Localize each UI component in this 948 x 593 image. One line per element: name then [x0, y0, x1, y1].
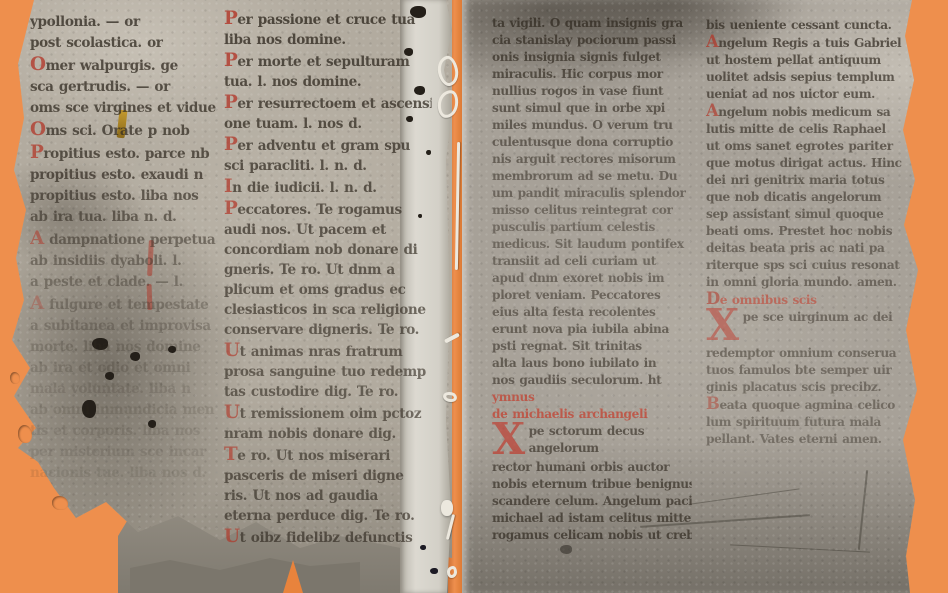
- manuscript-text-line: ypollonia. — or: [30, 12, 216, 33]
- right-page-column-2: bis ueniente cessant cuncta.Angelum Regi…: [706, 16, 918, 447]
- manuscript-text-line: oms sce virgines et vidue: [30, 98, 216, 119]
- manuscript-text-line: ab insidiis dyaboli. l.: [30, 251, 216, 272]
- manuscript-text-line: misso celitus reintegrat cor: [492, 201, 692, 218]
- manuscript-text-line: que nob dicatis angelorum: [706, 188, 912, 205]
- manuscript-text-line: a subitanea et improvisa: [30, 316, 216, 337]
- left-page-column-1: ypollonia. — orpost scolastica. orOmer w…: [30, 12, 222, 484]
- manuscript-text-line: lutis mitte de celis Raphael: [706, 120, 912, 137]
- manuscript-text-line: redemptor omnium conserua: [706, 344, 912, 361]
- ink-blot: [430, 568, 438, 574]
- manuscript-text-line: nullius rogos in vase fiunt: [492, 82, 692, 99]
- parchment-hole: [10, 372, 20, 384]
- manuscript-text-line: uolitet adsis sepius templum: [706, 68, 912, 85]
- manuscript-text-line: Propitius esto. parce nb: [30, 142, 216, 165]
- manuscript-text-line: liba nos domine.: [224, 30, 432, 50]
- manuscript-text-line: ut oms sanet egrotes pariter: [706, 137, 912, 154]
- manuscript-text-line: ab omni inmundicia men: [30, 400, 216, 421]
- manuscript-text-line: Ut animas nras fratrum: [224, 340, 432, 362]
- manuscript-text-line: ginis placatus scis precibz.: [706, 378, 912, 395]
- manuscript-text-line: Xpe sce uirginum ac dei: [706, 308, 912, 344]
- manuscript-text-line: prosa sanguine tuo redemp: [224, 362, 432, 382]
- manuscript-text-line: gneris. Te ro. Ut dnm a: [224, 260, 432, 280]
- manuscript-text-line: eius alta festa recolentes: [492, 303, 692, 320]
- manuscript-text-line: apud dnm exoret nobis im: [492, 269, 692, 286]
- manuscript-text-line: In die iudicii. l. n. d.: [224, 176, 432, 198]
- manuscript-text-line: Per adventu et gram spu: [224, 134, 432, 156]
- manuscript-text-line: Per passione et cruce tua: [224, 8, 432, 30]
- manuscript-text-line: deitas beata pris ac nati pa: [706, 239, 912, 256]
- manuscript-text-line: membrorum ad se metu. Du: [492, 167, 692, 184]
- manuscript-text-line: lum spirituum futura mala: [706, 413, 912, 430]
- manuscript-text-line: transiit ad celi curiam ut: [492, 252, 692, 269]
- manuscript-text-line: psti regnat. Sit trinitas: [492, 337, 692, 354]
- manuscript-text-line: Per morte et sepulturam: [224, 50, 432, 72]
- manuscript-text-line: miraculis. Hic corpus mor: [492, 65, 692, 82]
- manuscript-text-line: ta vigili. O quam insignis gra: [492, 14, 692, 31]
- manuscript-text-line: pusculis partium celestis: [492, 218, 692, 235]
- manuscript-text-line: um pandit miraculis splendor: [492, 184, 692, 201]
- manuscript-text-line: nos gaudiis seculorum. ht: [492, 371, 692, 388]
- manuscript-text-line: sca gertrudis. — or: [30, 77, 216, 98]
- manuscript-text-line: tua. l. nos domine.: [224, 72, 432, 92]
- manuscript-text-line: ris. Ut nos ad gaudia: [224, 486, 432, 506]
- manuscript-text-line: michael ad istam celitus mitte: [492, 509, 692, 526]
- manuscript-text-line: ploret veniam. Peccatores: [492, 286, 692, 303]
- manuscript-text-line: miles mundus. O verum tru: [492, 116, 692, 133]
- parchment-hole: [52, 496, 68, 510]
- manuscript-text-line: per misterium sce incar: [30, 442, 216, 463]
- manuscript-text-line: ab ira et odio et omni: [30, 358, 216, 379]
- manuscript-text-line: alta laus bono iubilato in: [492, 354, 692, 371]
- manuscript-photo: ypollonia. — orpost scolastica. orOmer w…: [0, 0, 948, 593]
- manuscript-text-line: Peccatores. Te rogamus: [224, 198, 432, 220]
- manuscript-text-line: cia stanislay pociorum passi: [492, 31, 692, 48]
- manuscript-text-line: morte. liba nos domine: [30, 337, 216, 358]
- manuscript-text-line: a peste et clade. — l.: [30, 272, 216, 293]
- manuscript-text-line: bis ueniente cessant cuncta.: [706, 16, 912, 33]
- manuscript-text-line: tas custodire dig. Te ro.: [224, 382, 432, 402]
- manuscript-text-line: Ut oibz fidelibz defunctis: [224, 526, 432, 548]
- sewing-thread-knot: [441, 500, 453, 516]
- manuscript-text-line: Angelum nobis medicum sa: [706, 102, 912, 120]
- manuscript-text-line: conservare digneris. Te ro.: [224, 320, 432, 340]
- manuscript-text-line: Te ro. Ut nos miserari: [224, 444, 432, 466]
- stain-spot: [560, 545, 572, 554]
- manuscript-text-line: Xpe sctorum decus angelorum: [492, 422, 692, 458]
- manuscript-text-line: ab ira tua. liba n. d.: [30, 207, 216, 228]
- manuscript-text-line: beati oms. Prestet hoc nobis: [706, 222, 912, 239]
- manuscript-text-line: Omer walpurgis. ge: [30, 54, 216, 77]
- manuscript-text-line: sunt simul que in orbe xpi: [492, 99, 692, 116]
- manuscript-text-line: plicum et oms gradus ec: [224, 280, 432, 300]
- manuscript-text-line: rogamus celicam nobis ut crebro: [492, 526, 692, 543]
- manuscript-text-line: ut hostem pellat antiquum: [706, 51, 912, 68]
- manuscript-text-line: nacionis tue. liba nos d.: [30, 463, 216, 484]
- manuscript-text-line: propitius esto. exaudi n: [30, 165, 216, 186]
- manuscript-text-line: audi nos. Ut pacem et: [224, 220, 432, 240]
- manuscript-text-line: concordiam nob donare di: [224, 240, 432, 260]
- manuscript-text-line: Oms sci. Orate p nob: [30, 119, 216, 142]
- manuscript-text-line: Angelum Regis a tuis Gabriel: [706, 33, 912, 51]
- left-page-column-2: Per passione et cruce tualiba nos domine…: [224, 8, 438, 548]
- manuscript-text-line: sep assistant simul quoque: [706, 205, 912, 222]
- right-page-column-1: ta vigili. O quam insignis gracia stanis…: [492, 14, 698, 543]
- manuscript-text-line: nobis eternum tribue benignus: [492, 475, 692, 492]
- manuscript-text-line: rector humani orbis auctor: [492, 458, 692, 475]
- manuscript-text-line: ueniat ad nos uictor eum.: [706, 85, 912, 102]
- manuscript-text-line: dei nri genitrix maria totus: [706, 171, 912, 188]
- manuscript-text-line: scandere celum. Angelum pacis: [492, 492, 692, 509]
- manuscript-text-line: Per resurrectoem et ascensi: [224, 92, 432, 114]
- manuscript-text-line: nis arguit rectores misorum: [492, 150, 692, 167]
- manuscript-text-line: Beata quoque agmina celico: [706, 395, 912, 413]
- manuscript-text-line: eterna perduce dig. Te ro.: [224, 506, 432, 526]
- manuscript-text-line: erunt nova pia iubila abina: [492, 320, 692, 337]
- manuscript-text-line: ymnus: [492, 388, 692, 405]
- manuscript-text-line: A dampnatione perpetua: [30, 228, 216, 251]
- manuscript-text-line: pasceris de miseri digne: [224, 466, 432, 486]
- manuscript-text-line: pellant. Vates eterni amen.: [706, 430, 912, 447]
- manuscript-text-line: mala voluntate. liba n: [30, 379, 216, 400]
- manuscript-text-line: post scolastica. or: [30, 33, 216, 54]
- manuscript-text-line: sci paracliti. l. n. d.: [224, 156, 432, 176]
- manuscript-text-line: medicus. Sit laudum pontifex: [492, 235, 692, 252]
- manuscript-text-line: one tuam. l. nos d.: [224, 114, 432, 134]
- manuscript-text-line: de michaelis archangeli: [492, 405, 692, 422]
- manuscript-text-line: riterque sps sci cuius resonat: [706, 256, 912, 273]
- manuscript-text-line: nram nobis donare dig.: [224, 424, 432, 444]
- manuscript-text-line: A fulgure et tempestate: [30, 293, 216, 316]
- manuscript-text-line: in omni gloria mundo. amen.: [706, 273, 912, 290]
- manuscript-text-line: culentusque dona corruptio: [492, 133, 692, 150]
- manuscript-text-line: tuos famulos bte semper uir: [706, 361, 912, 378]
- manuscript-text-line: clesiasticos in sca religione: [224, 300, 432, 320]
- manuscript-text-line: Ut remissionem oim pctoz: [224, 402, 432, 424]
- manuscript-text-line: que motus dirigat actus. Hinc: [706, 154, 912, 171]
- manuscript-text-line: onis insignia signis fulget: [492, 48, 692, 65]
- manuscript-text-line: tis et corporis. liba nos: [30, 421, 216, 442]
- manuscript-text-line: De omnibus scis: [706, 290, 912, 308]
- manuscript-text-line: propitius esto. liba nos: [30, 186, 216, 207]
